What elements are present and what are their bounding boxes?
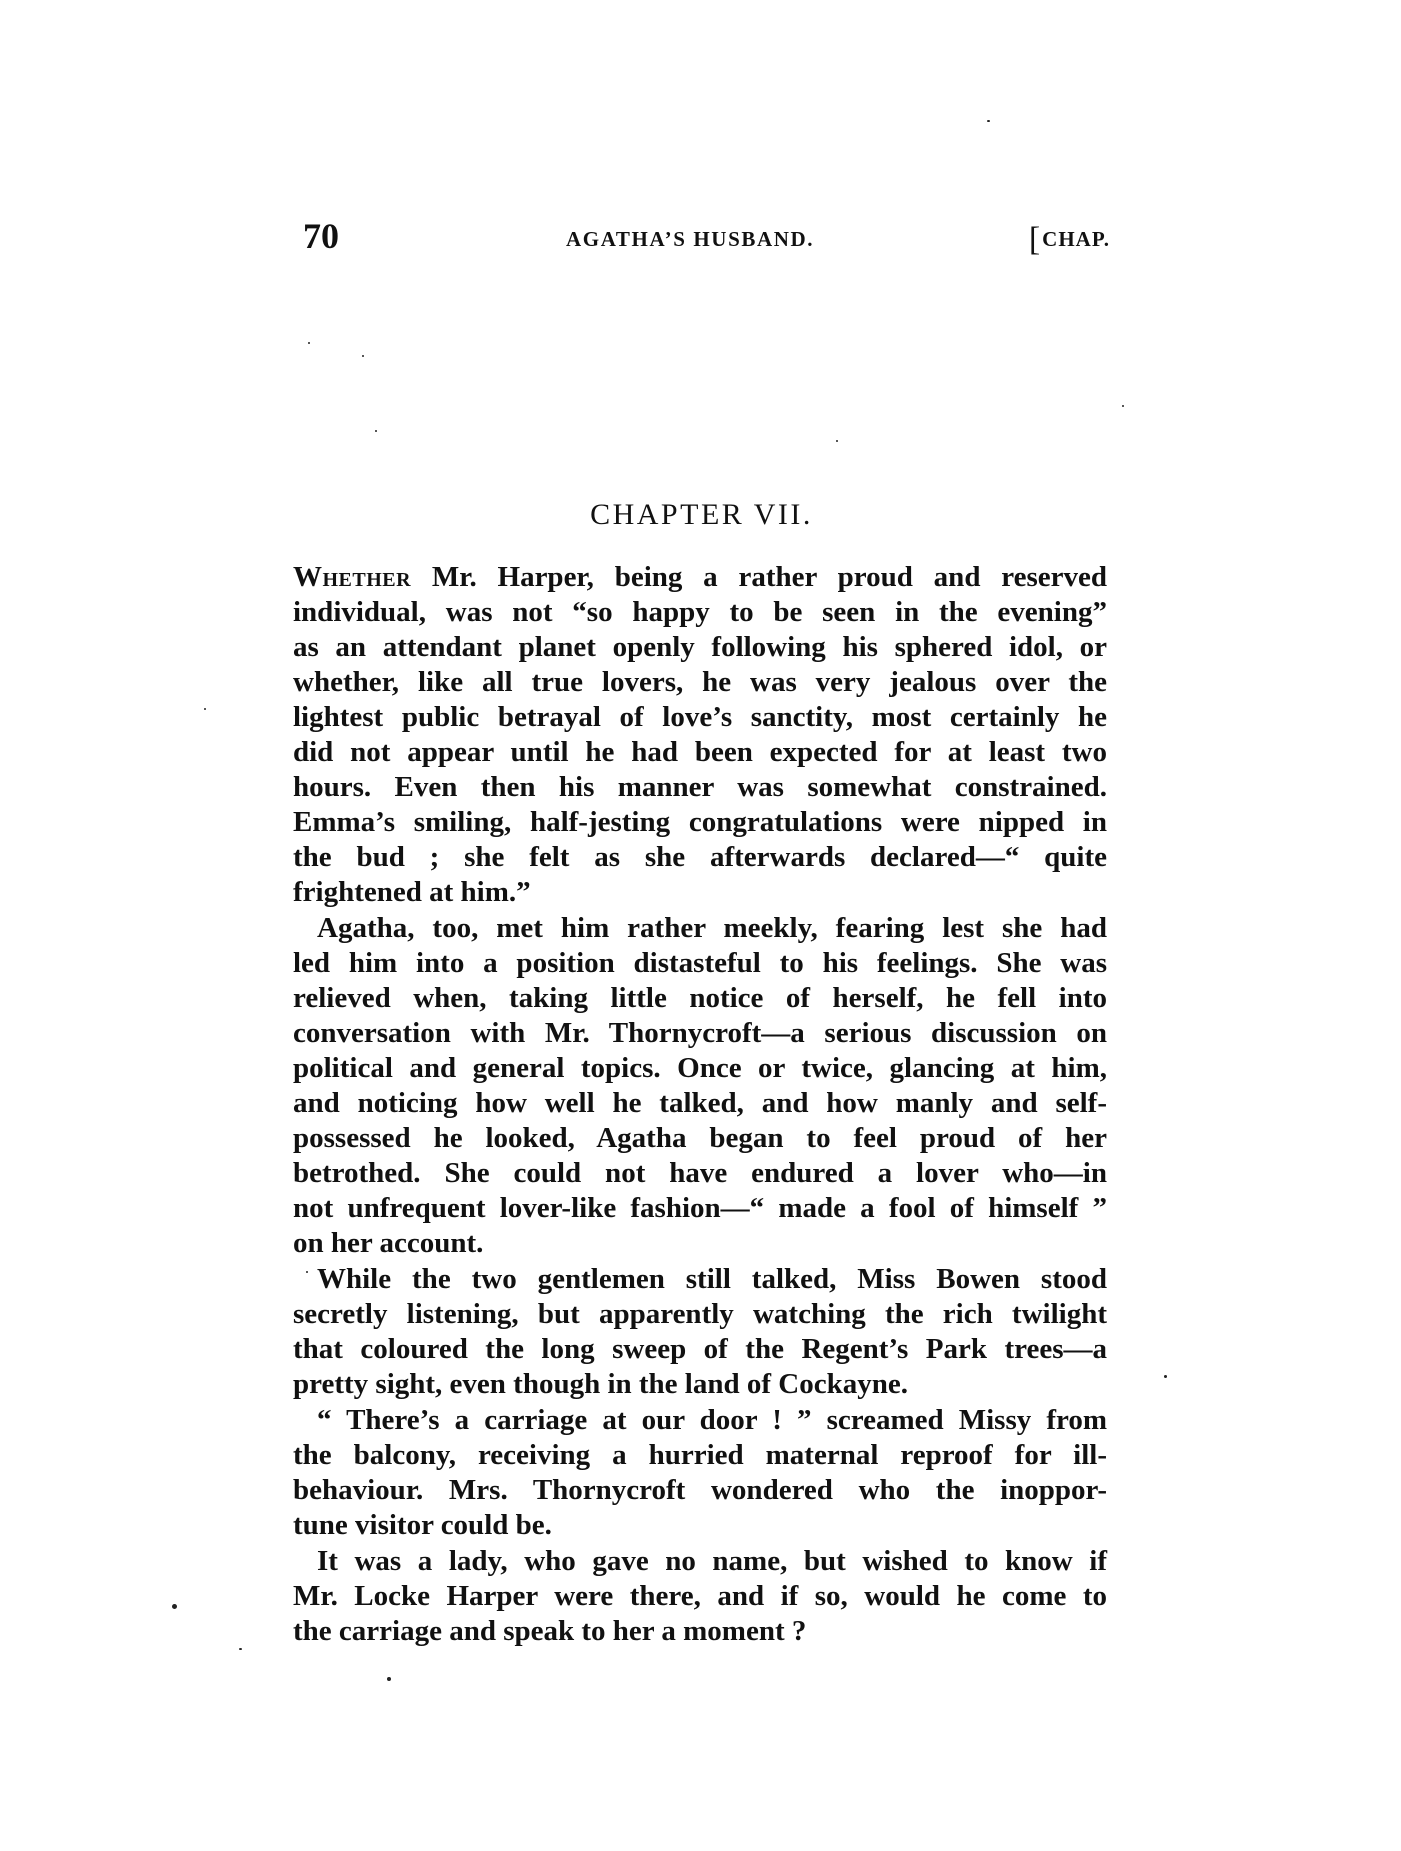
text-line: lightest public betrayal of love’s sanct…	[293, 700, 1107, 735]
paragraph: Agatha, too, met him rather meekly, fear…	[293, 911, 1107, 1261]
text-line: Emma’s smiling, half-jesting congratulat…	[293, 805, 1107, 840]
text-fragment: Mr. Harper, being a rather proud and res…	[411, 561, 1107, 593]
text-line: did not appear until he had been expecte…	[293, 735, 1107, 770]
text-line: the carriage and speak to her a moment ?	[293, 1614, 1107, 1649]
running-header: 70 AGATHA’S HUSBAND. [CHAP.	[300, 218, 1110, 254]
scan-speck	[1164, 1375, 1167, 1378]
book-page: 70 AGATHA’S HUSBAND. [CHAP. CHAPTER VII.…	[0, 0, 1401, 1851]
text-line: Agatha, too, met him rather meekly, fear…	[293, 911, 1107, 946]
text-line: frightened at him.”	[293, 875, 1107, 910]
text-line: not unfrequent lover-like fashion—“ made…	[293, 1191, 1107, 1226]
text-line: possessed he looked, Agatha began to fee…	[293, 1121, 1107, 1156]
scan-speck	[375, 430, 377, 432]
text-line: as an attendant planet openly following …	[293, 630, 1107, 665]
paragraph: “ There’s a carriage at our door ! ” scr…	[293, 1403, 1107, 1543]
text-line: “ There’s a carriage at our door ! ” scr…	[293, 1403, 1107, 1438]
scan-speck	[362, 355, 364, 357]
scan-speck	[836, 440, 838, 442]
chapter-title: CHAPTER VII.	[0, 497, 1401, 533]
text-line: While the two gentlemen still talked, Mi…	[293, 1262, 1107, 1297]
scan-speck	[308, 342, 310, 344]
scan-speck	[239, 1648, 242, 1650]
text-line: that coloured the long sweep of the Rege…	[293, 1332, 1107, 1367]
text-line: It was a lady, who gave no name, but wis…	[293, 1544, 1107, 1579]
text-line: secretly listening, but apparently watch…	[293, 1297, 1107, 1332]
scan-speck	[1122, 405, 1124, 407]
text-line: behaviour. Mrs. Thornycroft wondered who…	[293, 1473, 1107, 1508]
bracket-glyph: [	[1029, 221, 1041, 258]
text-line: and noticing how well he talked, and how…	[293, 1086, 1107, 1121]
text-line: whether, like all true lovers, he was ve…	[293, 665, 1107, 700]
text-line: the bud ; she felt as she afterwards dec…	[293, 840, 1107, 875]
paragraph: It was a lady, who gave no name, but wis…	[293, 1544, 1107, 1649]
text-line: tune visitor could be.	[293, 1508, 1107, 1543]
scan-speck	[204, 708, 206, 710]
text-line: on her account.	[293, 1226, 1107, 1261]
text-line: conversation with Mr. Thornycroft—a seri…	[293, 1016, 1107, 1051]
page-number: 70	[303, 218, 339, 254]
paragraph: Whether Mr. Harper, being a rather proud…	[293, 560, 1107, 910]
text-line: individual, was not “so happy to be seen…	[293, 595, 1107, 630]
text-line: hours. Even then his manner was somewhat…	[293, 770, 1107, 805]
text-line: pretty sight, even though in the land of…	[293, 1367, 1107, 1402]
text-line: Mr. Locke Harper were there, and if so, …	[293, 1579, 1107, 1614]
body-text: Whether Mr. Harper, being a rather proud…	[293, 560, 1107, 1649]
running-title: AGATHA’S HUSBAND.	[566, 224, 814, 254]
running-chapter-marker: [CHAP.	[1029, 224, 1110, 255]
text-line: Whether Mr. Harper, being a rather proud…	[293, 560, 1107, 595]
chapter-marker-text: CHAP.	[1042, 227, 1110, 251]
text-line: led him into a position distasteful to h…	[293, 946, 1107, 981]
scan-speck	[306, 1271, 308, 1273]
text-line: relieved when, taking little notice of h…	[293, 981, 1107, 1016]
scan-speck	[172, 1604, 177, 1609]
text-line: betrothed. She could not have endured a …	[293, 1156, 1107, 1191]
lead-word: Whether	[293, 561, 411, 593]
text-line: political and general topics. Once or tw…	[293, 1051, 1107, 1086]
text-line: the balcony, receiving a hurried materna…	[293, 1438, 1107, 1473]
scan-speck	[987, 120, 990, 122]
scan-speck	[387, 1677, 391, 1681]
paragraph: While the two gentlemen still talked, Mi…	[293, 1262, 1107, 1402]
